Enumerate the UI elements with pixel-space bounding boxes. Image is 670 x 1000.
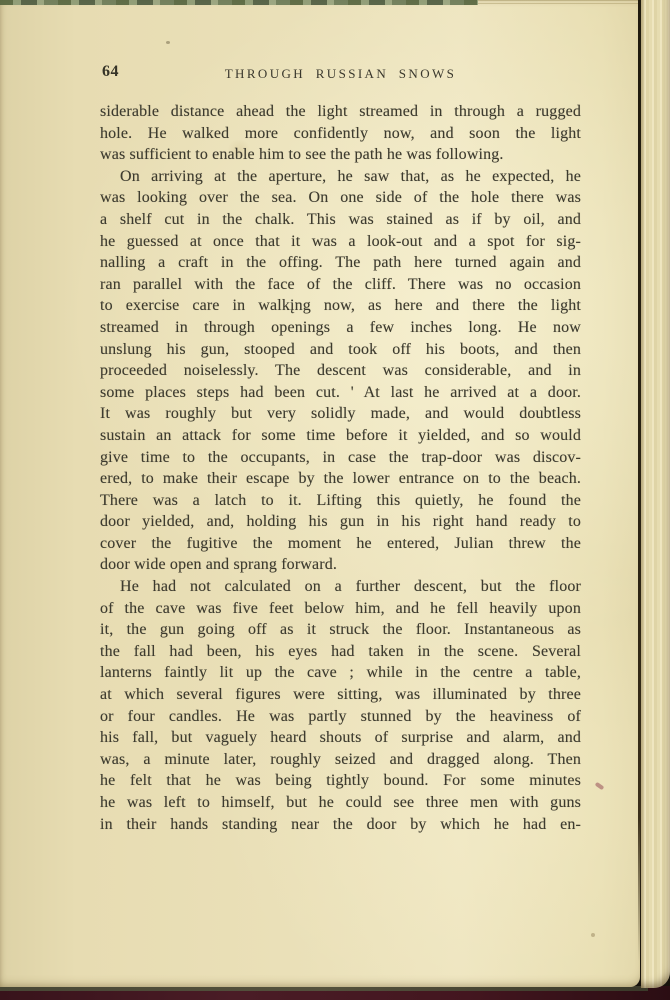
page-gutter-line	[638, 0, 641, 962]
text-line: give time to the occupants, in case the …	[100, 447, 581, 469]
text-line: door wide open and sprang forward.	[100, 554, 581, 576]
text-line: siderable distance ahead the light strea…	[100, 101, 581, 123]
text-line: It was roughly but very solidly made, an…	[100, 403, 581, 425]
text-line: sustain an attack for some time before i…	[100, 425, 581, 447]
text-line: hole. He walked more confidently now, an…	[100, 123, 581, 145]
text-line: it, the gun going off as it struck the f…	[100, 619, 581, 641]
paper-stain	[591, 933, 595, 937]
text-line: the fall had been, his eyes had taken in…	[100, 641, 581, 663]
paper-stain	[166, 41, 170, 44]
page-header: 64 THROUGH RUSSIAN SNOWS	[100, 62, 581, 101]
text-line: ered, to make their escape by the lower …	[100, 468, 581, 490]
text-line: cover the fugitive the moment he entered…	[100, 533, 581, 555]
text-line: some places steps had been cut. ' At las…	[100, 382, 581, 404]
page-content: 64 THROUGH RUSSIAN SNOWS siderable dista…	[100, 62, 581, 835]
text-line: a shelf cut in the chalk. This was stain…	[100, 209, 581, 231]
text-line: unslung his gun, stooped and took off hi…	[100, 339, 581, 361]
paper-stain	[595, 782, 605, 790]
text-line: he was left to himself, but he could see…	[100, 792, 581, 814]
text-line: proceeded noiselessly. The descent was c…	[100, 360, 581, 382]
page-number: 64	[102, 63, 119, 81]
text-line: There was a latch to it. Lifting this qu…	[100, 490, 581, 512]
text-line: his fall, but vaguely heard shouts of su…	[100, 727, 581, 749]
top-binding-band	[0, 0, 478, 5]
text-line: in their hands standing near the door by…	[100, 814, 581, 836]
text-line: nalling a craft in the offing. The path …	[100, 252, 581, 274]
body-text: siderable distance ahead the light strea…	[100, 101, 581, 835]
text-line: of the cave was five feet below him, and…	[100, 598, 581, 620]
page-stack-edge	[641, 0, 670, 988]
text-line: was, a minute later, roughly seized and …	[100, 749, 581, 771]
text-line: or four candles. He was partly stunned b…	[100, 706, 581, 728]
text-line: at which several figures were sitting, w…	[100, 684, 581, 706]
text-line: On arriving at the aperture, he saw that…	[100, 166, 581, 188]
text-line: streamed in through openings a few inche…	[100, 317, 581, 339]
text-line: was looking over the sea. On one side of…	[100, 187, 581, 209]
text-line: door yielded, and, holding his gun in hi…	[100, 511, 581, 533]
text-line: ran parallel with the face of the cliff.…	[100, 274, 581, 296]
text-line: he guessed at once that it was a look-ou…	[100, 231, 581, 253]
text-line: to exercise care in walkįng now, as here…	[100, 295, 581, 317]
top-page-edges	[478, 0, 640, 4]
text-line: was sufficient to enable him to see the …	[100, 144, 581, 166]
text-line: lanterns faintly lit up the cave ; while…	[100, 662, 581, 684]
text-line: He had not calculated on a further desce…	[100, 576, 581, 598]
book-page: 64 THROUGH RUSSIAN SNOWS siderable dista…	[0, 0, 640, 987]
running-title: THROUGH RUSSIAN SNOWS	[100, 62, 581, 82]
text-line: he felt that he was being tightly bound.…	[100, 770, 581, 792]
